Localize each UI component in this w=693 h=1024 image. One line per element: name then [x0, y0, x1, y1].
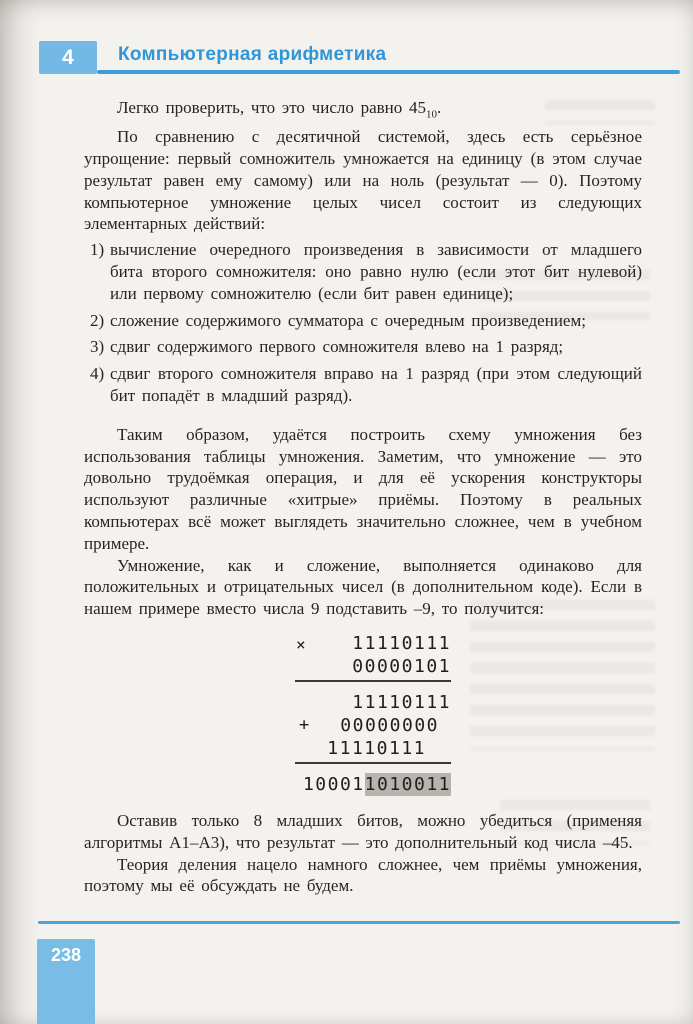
chapter-number-badge: 4: [39, 41, 97, 74]
list-item: 1) вычисление очередного произведения в …: [84, 239, 642, 304]
footer-rule: [38, 921, 680, 924]
list-item-number: 4): [84, 363, 110, 407]
page-number-badge: 238: [37, 939, 95, 1024]
list-item-text: сдвиг содержимого первого сомножителя вл…: [110, 336, 642, 358]
page-number: 238: [51, 945, 81, 965]
paragraph-check-45-text: Легко проверить, что это число равно 45: [117, 98, 426, 117]
math-row-partial3: 11110111: [295, 737, 451, 764]
list-item-text: сложение содержимого сумматора с очередн…: [110, 310, 642, 332]
math-row-multiplier: 00000101: [295, 655, 451, 682]
algorithm-steps-list: 1) вычисление очередного произведения в …: [84, 239, 642, 407]
binary-multiplication-example: × 11110111 00000101 11110111 + 00000000 …: [295, 632, 451, 796]
subscript-base-10: 10: [426, 108, 437, 120]
paragraph-negative-numbers: Умножение, как и сложение, выполняется о…: [84, 555, 642, 620]
textbook-page: 4 Компьютерная арифметика Легко проверит…: [0, 0, 693, 1024]
list-item-number: 1): [84, 239, 110, 304]
partial-product-2: 00000000: [340, 715, 439, 736]
math-row-partial1: 11110111: [295, 691, 451, 714]
paragraph-gap: [84, 412, 642, 424]
paragraph-division: Теория деления нацело намного сложнее, ч…: [84, 854, 642, 898]
paragraph-low-bits: Оставив только 8 младших битов, можно уб…: [84, 810, 642, 854]
result-low-bits-highlight: 1010011: [365, 773, 451, 796]
header-rule: [97, 70, 680, 74]
list-item-number: 2): [84, 310, 110, 332]
math-row-multiplicand: × 11110111: [295, 632, 451, 655]
list-item: 2) сложение содержимого сумматора с очер…: [84, 310, 642, 332]
multiplicand-value: 11110111: [352, 633, 451, 654]
multiply-sign: ×: [296, 633, 307, 656]
list-item-text: вычисление очередного произведения в зав…: [110, 239, 642, 304]
partial-product-3: 11110111: [327, 738, 426, 759]
chapter-title: Компьютерная арифметика: [118, 44, 386, 66]
chapter-number: 4: [62, 46, 74, 69]
paragraph-check-45-period: .: [437, 98, 441, 117]
paragraph-scheme: Таким образом, удаётся построить схему у…: [84, 424, 642, 555]
result-prefix: 10001: [303, 774, 365, 795]
math-row-result: 100011010011: [295, 773, 451, 796]
list-item-number: 3): [84, 336, 110, 358]
math-row-partial2: + 00000000: [295, 714, 451, 737]
multiplier-value: 00000101: [352, 656, 451, 677]
page-body: Легко проверить, что это число равно 451…: [84, 97, 642, 897]
list-item-text: сдвиг второго сомножителя вправо на 1 ра…: [110, 363, 642, 407]
plus-sign: +: [299, 714, 311, 737]
paragraph-simplification: По сравнению с десятичной системой, здес…: [84, 126, 642, 235]
paragraph-check-45: Легко проверить, что это число равно 451…: [84, 97, 642, 126]
partial-product-1: 11110111: [352, 692, 451, 713]
list-item: 4) сдвиг второго сомножителя вправо на 1…: [84, 363, 642, 407]
list-item: 3) сдвиг содержимого первого сомножителя…: [84, 336, 642, 358]
